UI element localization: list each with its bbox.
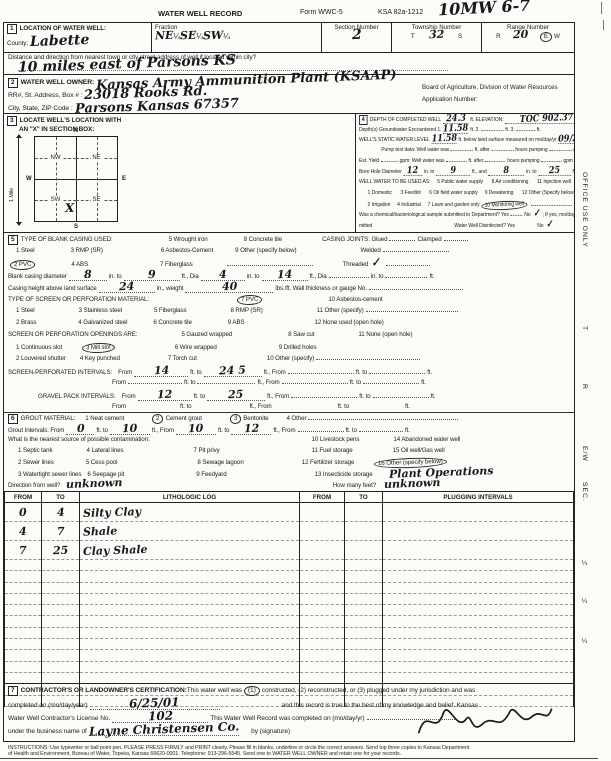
printed-text: lbs./ft. Wall thickness or gauge No. (275, 285, 366, 292)
se-quadrant-label: SE (90, 197, 102, 203)
dotted-blank (381, 159, 398, 162)
dotted-blank (481, 128, 503, 131)
well-use-line-2: 1 Domestic3 Feedlot6 Oil field water sup… (359, 190, 574, 201)
spacer (213, 251, 235, 252)
litho-header-to-1: TO (42, 492, 80, 503)
handwritten-log-entry: 7 (19, 547, 27, 555)
printed-text: Welded (360, 247, 380, 254)
spacer (282, 240, 322, 241)
gravel-pack-line-1: GRAVEL PACK INTERVALS:From12ft. to25ft.,… (8, 391, 570, 403)
section-3-number: 3 (7, 116, 17, 126)
printed-text: 6 Wire wrapped (175, 344, 217, 351)
sw-quadrant-label: SW (49, 197, 63, 203)
printed-text: by (signature) (251, 728, 290, 735)
dotted-blank (485, 159, 506, 162)
section-4-number: 4 (359, 115, 367, 125)
litho-cell: 25 (42, 541, 80, 560)
litho-cell (42, 593, 80, 604)
printed-text: ft., From (152, 427, 174, 434)
handwritten-value: 25 (228, 391, 244, 399)
litho-cell (383, 582, 574, 593)
printed-text: ft. to (350, 379, 361, 386)
printed-text: ; If yes, mo/day/yr sample was sub- (542, 212, 574, 218)
circled-option: 3 Mill slot (82, 342, 115, 353)
section-box-diagram: N S W E NW NE SW (34, 130, 118, 228)
dotted-blank (383, 249, 449, 252)
litho-row (5, 639, 574, 650)
litho-cell (345, 639, 383, 650)
section-7-certification: 7CONTRACTOR'S OR LANDOWNER'S CERTIFICATI… (4, 683, 574, 742)
spacer (478, 193, 485, 194)
printed-text: gpm (573, 147, 574, 153)
printed-text: in. to (109, 273, 122, 280)
printed-text: ft., Dia (310, 273, 327, 280)
section-box-horizontal-line (35, 179, 117, 180)
litho-cell (383, 522, 574, 541)
handwritten-fill: 12 (138, 391, 192, 401)
printed-text: 7 Fiberglass (160, 261, 193, 268)
litho-cell (5, 605, 42, 616)
spacer (359, 193, 368, 194)
printed-text: ft. to (356, 369, 367, 376)
printed-text: 15 Oil well/Gas well (393, 447, 445, 454)
printed-text: 12 Other (Specify below) (522, 190, 574, 196)
printed-text: No (537, 223, 543, 229)
litho-cell (345, 582, 383, 593)
handwritten-fill: TOC 902.37 (505, 116, 574, 124)
dotted-blank (446, 159, 467, 162)
handwritten-fill: 09/26/01 (558, 136, 574, 144)
ne-quadrant-label: NE (90, 155, 102, 161)
handwritten-value: 8 (84, 271, 92, 279)
handwritten-fill: 12 (231, 425, 271, 435)
handwritten-value: 4 (219, 271, 227, 279)
form-header: WATER WELL RECORD Form WWC-5 KSA 82a-121… (0, 6, 611, 22)
instructions-line-2: of Health and Environment, Bureau of Wat… (8, 751, 588, 757)
mile-scale-arrow: 1 Mile (14, 134, 22, 226)
spacer (124, 475, 196, 476)
printed-text: 2 Sewer lines (18, 459, 54, 466)
handwritten-value: 10 (122, 425, 138, 433)
litho-cell (42, 571, 80, 582)
spacer (359, 205, 368, 206)
printed-text: ft. below land surface measured on mo/da… (458, 137, 556, 143)
printed-text: ft. to (346, 427, 357, 434)
spacer (88, 265, 160, 266)
printed-text: No (524, 212, 530, 218)
printed-text: hours pumping (515, 147, 547, 153)
blank-casing-line-2: 1 Steel3 RMP (SR)6 Asbestos-Cement9 Othe… (8, 247, 570, 259)
litho-cell (42, 605, 80, 616)
spacer (127, 323, 153, 324)
handwritten-fill: 25 (538, 168, 570, 176)
printed-text: Grout Intervals: From (8, 427, 64, 434)
spacer (528, 37, 538, 38)
handwritten-log-entry: 4 (57, 509, 65, 517)
spacer (37, 265, 71, 266)
spacer (241, 732, 251, 733)
printed-text: 2 Irrigation (368, 202, 391, 208)
handwritten-log-entry: 7 (57, 528, 65, 536)
spacer (117, 348, 175, 349)
printed-text: ft. after (475, 147, 490, 153)
litho-cell (80, 650, 300, 661)
casing-diameter-line: Blank casing diameter8in. to9ft., Dia4in… (8, 271, 570, 283)
statute-number: KSA 82a-1212 (378, 9, 423, 16)
handwritten-value: 40 (222, 283, 238, 291)
litho-cell (42, 582, 80, 593)
scan-artifact (603, 20, 604, 30)
printed-text: 5 Gauzed wrapped (181, 331, 232, 338)
litho-cell (383, 661, 574, 672)
litho-cell (345, 616, 383, 627)
dotted-blank (363, 381, 419, 384)
printed-text: in. to (424, 169, 434, 175)
printed-text: ft., From (249, 403, 271, 410)
handwritten-text: SE (180, 32, 197, 40)
printed-text: Est. Yield (359, 158, 379, 164)
printed-text: in. to (526, 169, 536, 175)
screen-intervals-line-1: SCREEN-PERFORATED INTERVALS:From14ft. to… (8, 367, 570, 379)
section-5-number: 5 (8, 235, 18, 245)
litho-cell (345, 571, 383, 582)
printed-text: ft. (429, 273, 434, 280)
spacer (197, 359, 267, 360)
dotted-blank (385, 275, 427, 278)
printed-text: 6 Asbestos-Cement (161, 247, 213, 254)
handwritten-text: 20 (512, 31, 528, 39)
handwritten-well-id: 10MW 6-7 (438, 0, 531, 16)
printed-text: 10 Other (specify) (267, 355, 314, 362)
litho-cell (5, 560, 42, 571)
section-6-grout: 6GROUT MATERIAL:1 Neat cement2Cement gro… (4, 413, 574, 491)
margin-quarter-1: ¼ (581, 560, 588, 568)
handwritten-value: 6/25/01 (129, 698, 180, 708)
handwritten-fill: 24 (99, 283, 155, 293)
printed-text: 9 Dewatering (485, 190, 514, 196)
section-6-number: 6 (8, 414, 18, 424)
form-body: 1LOCATION OF WATER WELL: County: Labette… (3, 22, 575, 742)
dotted-blank (444, 238, 468, 241)
spacer (8, 359, 16, 360)
handwritten-value: 14 (153, 367, 169, 375)
printed-text: 12 None used (open hole) (315, 319, 384, 326)
handwritten-value: Layne Christensen Co. (89, 722, 240, 736)
handwritten-fill: 10 (110, 425, 150, 435)
litho-cell (300, 582, 345, 593)
printed-text: From (112, 403, 126, 410)
litho-cell (383, 650, 574, 661)
litho-cell (42, 560, 80, 571)
handwritten-value: 12 (407, 168, 419, 175)
section-1-number: 1 (7, 24, 17, 34)
screen-material-line-3: 2 Brass4 Galvanized steel6 Concrete tile… (8, 319, 570, 331)
section-box: NW NE SW SE X (34, 136, 118, 222)
printed-text: 1 Septic tank (18, 447, 52, 454)
spacer (8, 475, 18, 476)
litho-cell (345, 661, 383, 672)
printed-text: ¼ (223, 32, 230, 41)
litho-cell (345, 650, 383, 661)
printed-text: Was a chemical/bacteriological sample su… (359, 212, 509, 218)
handwritten-text: SW (203, 32, 224, 40)
contamination-line-1: What is the nearest source of possible c… (8, 436, 570, 447)
printed-text: WELL WATER TO BE USED AS: (359, 179, 430, 185)
printed-text: Casing height above land surface (8, 285, 97, 292)
handwritten-fill: 11.58 (431, 136, 456, 144)
litho-cell (300, 661, 345, 672)
litho-cell (5, 582, 42, 593)
litho-row (5, 582, 574, 593)
pump-test-line: Pump test data: Well water wasft. afterh… (359, 147, 574, 158)
printed-text: 11 Fuel storage (312, 447, 353, 454)
printed-text: 9 ABS (228, 319, 245, 326)
spacer (372, 226, 454, 227)
section-1-title: LOCATION OF WATER WELL: (20, 25, 106, 32)
spacer (245, 323, 315, 324)
checkmark: ✓ (533, 211, 541, 219)
margin-r-label: R (581, 384, 588, 390)
north-label: N (74, 128, 78, 134)
printed-text: S (458, 33, 462, 40)
printed-text: 8 Concrete tile (244, 236, 282, 243)
handwritten-log-entry: Shale (83, 527, 117, 536)
spacer (52, 451, 86, 452)
litho-header-from-1: FROM (5, 492, 42, 503)
spacer (36, 323, 78, 324)
printed-text: 9 Feedyard (196, 471, 226, 478)
printed-text: SCREEN-PERFORATED INTERVALS: (8, 369, 112, 376)
litho-cell (345, 522, 383, 541)
printed-text: 11 None (open hole) (358, 331, 412, 338)
litho-cell (300, 560, 345, 571)
printed-text: ft. 3. (505, 127, 514, 133)
static-water-level-line: WELL'S STATIC WATER LEVEL11.58ft. below … (359, 136, 574, 147)
printed-text: Water Well Contractor's License No. (8, 715, 110, 722)
handwritten-fill: 12 (403, 168, 422, 176)
printed-text: ft., From (267, 393, 289, 400)
printed-text: Pump test data: Well water was (381, 147, 449, 153)
city-label: City, State, ZIP Code : (8, 105, 73, 112)
spacer (103, 251, 161, 252)
printed-text: TYPE OF SCREEN OR PERFORATION MATERIAL: (8, 296, 149, 303)
contamination-line-2: 1 Septic tank4 Lateral lines7 Pit privy1… (8, 447, 570, 458)
printed-text: 7 Torch cut (168, 355, 197, 362)
spacer (296, 251, 360, 252)
printed-text: 1 Domestic (368, 190, 392, 196)
litho-cell (42, 661, 80, 672)
litho-cell: Shale (80, 522, 300, 541)
litho-header-row: FROM TO LITHOLOGIC LOG FROM TO PLUGGING … (5, 492, 574, 503)
range-cell: Range Number R20EW (482, 23, 574, 52)
scan-artifact (601, 2, 602, 14)
circled-option: 2 PVC (10, 260, 36, 271)
spacer (122, 311, 154, 312)
printed-text: 5 Cess pool (86, 459, 118, 466)
printed-text: 6 Concrete tile (153, 319, 191, 326)
litho-row: 04Silty Clay (5, 503, 574, 522)
litho-row (5, 605, 574, 616)
circled-option: 7 PVC (237, 295, 263, 306)
handwritten-fill: 8 (488, 168, 524, 176)
litho-cell (80, 661, 300, 672)
screen-material-line-2: 1 Steel3 Stainless steel5 Fiberglass8 RM… (8, 307, 570, 319)
county-label: County: (7, 40, 28, 47)
litho-cell (80, 616, 300, 627)
spacer (227, 475, 315, 476)
litho-cell (80, 571, 300, 582)
handwritten-fill: 0 (66, 425, 94, 435)
printed-text: 14 Abandoned water well (393, 436, 460, 443)
litho-cell (5, 616, 42, 627)
spacer (150, 440, 312, 441)
spacer (315, 265, 343, 266)
handwritten-fill: 14 (134, 367, 188, 377)
spacer (186, 311, 230, 312)
printed-text: ft. (421, 379, 426, 386)
dotted-blank (369, 371, 425, 374)
spacer (359, 440, 393, 441)
printed-text: GROUT MATERIAL: (21, 415, 76, 422)
handwritten-value: 102 (148, 712, 173, 721)
litho-cell (300, 571, 345, 582)
fraction-cell: Fraction NE¼SE¼SW¼ (152, 23, 322, 52)
handwritten-value: 25 (549, 168, 561, 175)
spacer (217, 348, 279, 349)
margin-t-label: T (581, 326, 588, 331)
printed-text: ft. to (359, 393, 370, 400)
litho-cell (300, 639, 345, 650)
dotted-blank (128, 381, 182, 384)
spacer (222, 706, 282, 707)
dotted-blank (359, 429, 403, 432)
litho-cell: Clay Shale (80, 541, 300, 560)
litho-row (5, 661, 574, 672)
handwritten-value: 9 (148, 271, 156, 279)
printed-text: ft. to (184, 379, 195, 386)
printed-text: 4 Industrial (397, 202, 421, 208)
printed-text: ft. to (190, 369, 201, 376)
litho-cell (42, 627, 80, 638)
printed-text-bold: CONTRACTOR'S OR LANDOWNER'S CERTIFICATIO… (21, 687, 187, 694)
handwritten-value: 10 (188, 425, 204, 433)
margin-quarter-2: ¼ (581, 598, 588, 606)
handwritten-text: NE (155, 32, 174, 40)
litho-row (5, 571, 574, 582)
printed-text: DEPTH OF COMPLETED WELL (370, 117, 441, 123)
printed-text: ft., From (257, 379, 279, 386)
litho-cell (300, 593, 345, 604)
printed-text: This water well was (187, 687, 242, 694)
printed-text: 7 Lawn and garden only (428, 202, 480, 208)
spacer (8, 463, 18, 464)
printed-text: 9 Drilled holes (279, 344, 317, 351)
printed-text: SCREEN OR PERFORATION OPENINGS ARE: (8, 331, 137, 338)
county-value: Labette (30, 36, 90, 48)
printed-text: 8 RMP (SR) (230, 307, 262, 314)
blank-casing-line-1: 5TYPE OF BLANK CASING USED:5 Wrought iro… (8, 235, 570, 247)
screen-material-line-1: TYPE OF SCREEN OR PERFORATION MATERIAL:7… (8, 295, 570, 307)
spacer (390, 205, 397, 206)
printed-text: 10 Livestock pens (312, 436, 360, 443)
litho-cell (5, 627, 42, 638)
litho-header-log: LITHOLOGIC LOG (80, 492, 300, 503)
spacer (354, 463, 372, 464)
printed-text: mitted (359, 223, 372, 229)
dotted-blank (531, 203, 572, 206)
spacer (8, 397, 38, 398)
printed-text: 2 Brass (16, 319, 36, 326)
sample-submitted-line: Was a chemical/bacteriological sample su… (359, 211, 574, 222)
checkmark: ✓ (546, 221, 554, 229)
printed-text: 8 Saw cut (288, 331, 314, 338)
well-use-line-3: 2 Irrigation4 Industrial7 Lawn and garde… (359, 201, 574, 212)
handwritten-text: 32 (429, 31, 445, 39)
litho-cell (383, 541, 574, 560)
est-yield-line: Est. Yieldgpm: Well water wasft. afterho… (359, 158, 574, 169)
printed-text: ft. (431, 393, 436, 400)
handwritten-value: 9 (450, 168, 456, 175)
litho-cell: 0 (5, 503, 42, 522)
printed-text: 1 Steel (16, 307, 35, 314)
spacer (54, 463, 86, 464)
spacer (123, 486, 333, 487)
printed-text: 4 Key punched (80, 355, 120, 362)
printed-text: 8 Air conditioning (492, 179, 529, 185)
handwritten-value: 24 (119, 283, 135, 291)
litho-cell (383, 503, 574, 522)
dotted-blank (516, 128, 535, 131)
printed-text: ft. to (96, 427, 107, 434)
lithologic-log-table: FROM TO LITHOLOGIC LOG FROM TO PLUGGING … (4, 492, 574, 707)
spacer (232, 335, 288, 336)
section-3-locate: 3LOCATE WELL'S LOCATION WITH AN "X" IN S… (4, 114, 356, 232)
litho-cell (345, 503, 383, 522)
spacer (8, 348, 16, 349)
printed-text: From (112, 379, 126, 386)
agency-block: Board of Agriculture, Division of Water … (422, 84, 574, 108)
section-1-location: 1LOCATION OF WATER WELL: County: Labette… (4, 23, 574, 53)
litho-cell (383, 593, 574, 604)
printed-text: TYPE OF BLANK CASING USED: (21, 236, 113, 243)
spacer (137, 335, 181, 336)
range-value: R20EW (485, 31, 571, 42)
spacer (220, 451, 312, 452)
litho-cell (5, 661, 42, 672)
printed-text: W (554, 33, 560, 40)
handwritten-value: 0 (76, 425, 84, 433)
litho-cell: 4 (5, 522, 42, 541)
margin-quarter-3: ¼ (581, 638, 588, 646)
spacer (113, 240, 169, 241)
nw-quadrant-label: NW (49, 155, 63, 161)
spacer (264, 300, 328, 301)
handwritten-text: unknown (384, 479, 441, 489)
handwritten-log-entry: Clay Shale (83, 546, 148, 556)
litho-cell (5, 650, 42, 661)
handwritten-log-entry: 4 (19, 528, 27, 536)
scanned-water-well-record: WATER WELL RECORD Form WWC-5 KSA 82a-121… (0, 0, 611, 761)
spacer (202, 419, 228, 420)
printed-text: ft. after (468, 158, 483, 164)
printed-text: WELL'S STATIC WATER LEVEL (359, 137, 430, 143)
spacer (314, 335, 358, 336)
printed-text: Clamped (417, 236, 441, 243)
spacer (483, 182, 492, 183)
margin-ew-label: E/W (581, 446, 588, 462)
printed-text: 11 Other (specify) (317, 307, 364, 314)
handwritten-log-entry: 0 (19, 509, 27, 517)
